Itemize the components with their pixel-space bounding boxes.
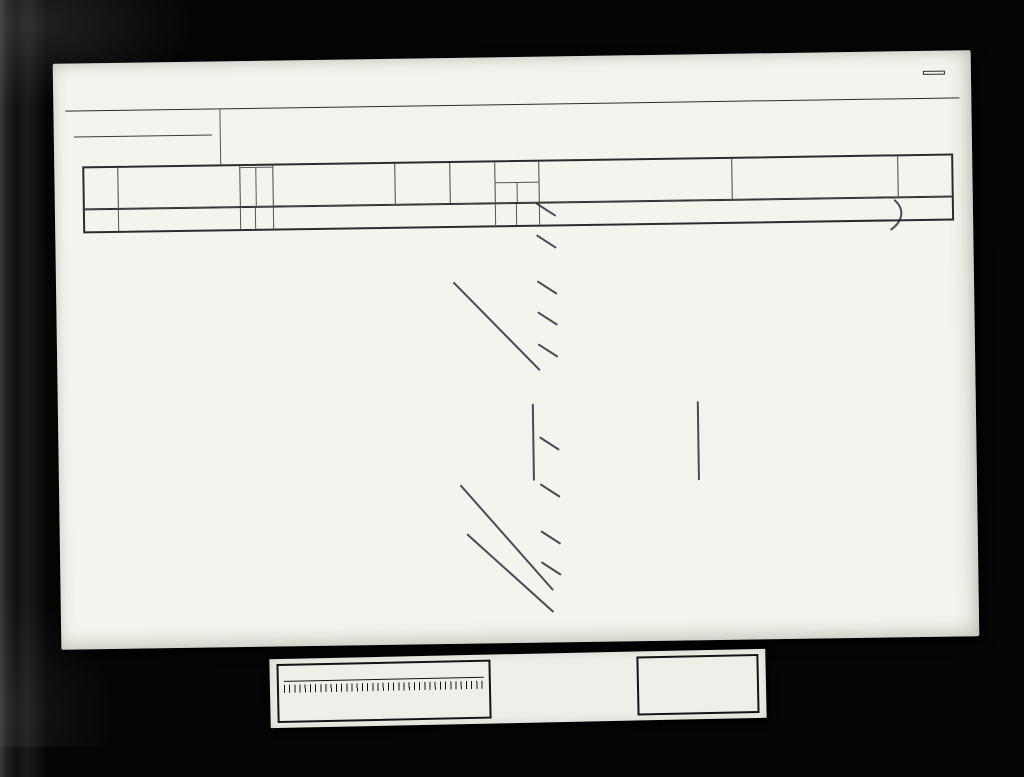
ruler-scale-top: [284, 665, 484, 682]
header-name: [272, 164, 395, 206]
header-occupation: [538, 159, 732, 202]
page-label: [923, 71, 945, 75]
header-age-group: [494, 162, 539, 203]
boundary-title: [53, 81, 971, 95]
ruler-ticks: [284, 681, 484, 693]
totals-males: [495, 204, 516, 225]
totals-houses-value: [240, 208, 255, 229]
header-relation: [394, 163, 450, 204]
header-age: [495, 162, 538, 183]
totals-houses-label: [118, 208, 240, 231]
copyright-notice: [636, 654, 759, 716]
reference-box: [494, 652, 637, 724]
totals-females: [516, 204, 539, 225]
header-females: [517, 183, 540, 202]
totals-males-females-label: [273, 204, 495, 228]
census-page: [53, 50, 980, 650]
header-schedule: [84, 168, 118, 208]
pro-ruler: [276, 660, 491, 723]
header-born: [731, 156, 898, 198]
totals-pencil-count: [85, 210, 118, 231]
census-table: [82, 153, 954, 233]
pro-reference-strip: [269, 649, 766, 728]
header-condition: [449, 162, 495, 203]
reference-label: [502, 658, 632, 661]
district-parish: [65, 109, 221, 167]
header-infirmity: [897, 156, 952, 197]
header-uninhabited: [255, 168, 274, 206]
write-line: [74, 135, 212, 138]
header-houses-group: [239, 166, 273, 206]
header-road: [117, 166, 240, 208]
header-males: [496, 183, 517, 202]
header-inhabited: [240, 168, 256, 206]
